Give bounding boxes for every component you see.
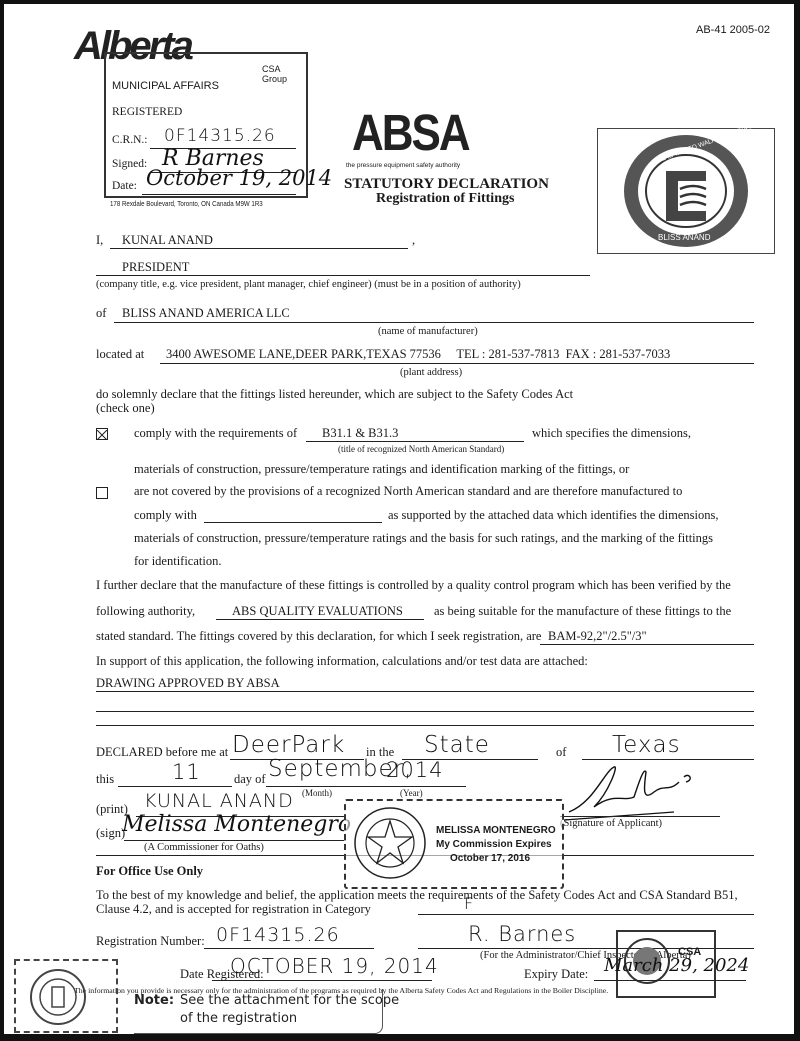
option2-line3: materials of construction, pressure/temp… [134, 531, 713, 546]
document-page: AB-41 2005-02 Alberta MUNICIPAL AFFAIRS … [4, 4, 794, 1034]
note-line1: See the attachment for the scope [180, 993, 399, 1008]
stamp-signed-label: Signed: [112, 158, 147, 170]
title-caption: (company title, e.g. vice president, pla… [96, 279, 521, 290]
note-label: Note: [134, 993, 174, 1008]
oath-year: 2014 [386, 758, 443, 782]
stamp-department: MUNICIPAL AFFAIRS [112, 80, 219, 92]
declared-place: DeerPark [232, 732, 345, 758]
located-label: located at [96, 347, 144, 362]
year-caption: (Year) [400, 788, 423, 798]
stamp-date-value: October 19, 2014 [146, 166, 332, 190]
check-x-icon [97, 430, 107, 440]
office-statement1: To the best of my knowledge and belief, … [96, 888, 738, 903]
qc-line3: stated standard. The fittings covered by… [96, 629, 541, 644]
notary-name: MELISSA MONTENEGRO [436, 825, 556, 836]
notary-expires: October 17, 2016 [450, 853, 530, 864]
qc-line2-before: following authority, [96, 604, 195, 619]
declarant-name: KUNAL ANAND [122, 233, 213, 248]
reg-number-value: 0F14315.26 [216, 924, 340, 946]
qc-line1: I further declare that the manufacture o… [96, 578, 731, 593]
stamp-crn-label: C.R.N.: [112, 134, 147, 146]
declaration-intro: do solemnly declare that the fittings li… [96, 387, 573, 402]
address-caption: (plant address) [400, 367, 462, 378]
option2-line4: for identification. [134, 554, 221, 569]
expiry-value: March 29, 2024 [604, 955, 749, 976]
form-id: AB-41 2005-02 [696, 24, 770, 36]
support-line: In support of this application, the foll… [96, 654, 588, 669]
applicant-signature-icon [564, 762, 704, 822]
this-label: this [96, 772, 114, 787]
plant-address: 3400 AWESOME LANE,DEER PARK,TEXAS 77536 … [166, 347, 670, 362]
month-caption: (Month) [302, 788, 332, 798]
option1-line2: materials of construction, pressure/temp… [134, 462, 629, 477]
option1-text-after: which specifies the dimensions, [532, 426, 691, 441]
form-subtitle: Registration of Fittings [376, 191, 514, 207]
absa-tagline: the pressure equipment safety authority [346, 162, 460, 169]
stamp-crn-value: 0F14315.26 [164, 126, 276, 146]
notary-seal: MELISSA MONTENEGRO My Commission Expires… [344, 799, 564, 889]
option1-text: comply with the requirements of [134, 426, 297, 441]
of-label: of [96, 306, 106, 321]
administrator-signature: R. Barnes [468, 922, 576, 946]
option2-line2: as supported by the attached data which … [388, 508, 718, 523]
stamp-registered: REGISTERED [112, 106, 182, 118]
alberta-seal-stamp [14, 959, 118, 1033]
check-one: (check one) [96, 401, 155, 416]
stamp-group: CSA Group [262, 64, 292, 84]
qc-authority: ABS QUALITY EVALUATIONS [232, 604, 403, 619]
company-logo: THE SPIRIT TO WALK AN EXTRA MILE BLISS A… [597, 128, 775, 254]
region-type: State [424, 732, 490, 758]
option2-comply-with: comply with [134, 508, 197, 523]
fittings-value: BAM-92,2"/2.5"/3" [548, 629, 647, 644]
registration-stamp: MUNICIPAL AFFAIRS CSA Group REGISTERED C… [104, 52, 308, 198]
option1-checkbox[interactable] [96, 428, 108, 440]
attachments-value: DRAWING APPROVED BY ABSA [96, 676, 280, 691]
stamp-address: 178 Rexdale Boulevard, Toronto, ON Canad… [110, 199, 263, 208]
manufacturer-name: BLISS ANAND AMERICA LLC [122, 306, 290, 321]
office-heading: For Office Use Only [96, 864, 203, 879]
logo-name: BLISS ANAND [658, 233, 710, 242]
i-label: I, [96, 233, 103, 248]
note-box: Note: See the attachment for the scope o… [134, 989, 383, 1034]
option2-checkbox[interactable] [96, 487, 108, 499]
applicant-caption: (Signature of Applicant) [560, 818, 662, 829]
of-label-2: of [556, 745, 566, 760]
region-name: Texas [612, 732, 681, 758]
notary-star-icon [352, 805, 428, 881]
date-registered-value: OCTOBER 19, 2014 [230, 954, 439, 978]
option2-line1: are not covered by the provisions of a r… [134, 484, 682, 499]
declarant-title: PRESIDENT [122, 260, 189, 275]
stamp-date-label: Date: [112, 180, 137, 192]
absa-logo: ABSA [352, 105, 469, 163]
expiry-label: Expiry Date: [524, 967, 588, 982]
sign-label: (sign) [96, 826, 125, 841]
oath-day: 11 [172, 760, 201, 784]
commissioner-caption: (A Commissioner for Oaths) [144, 842, 264, 853]
print-value: KUNAL ANAND [144, 790, 294, 812]
note-line2: of the registration [180, 1011, 297, 1026]
reg-number-label: Registration Number: [96, 934, 205, 949]
office-statement2: Clause 4.2, and is accepted for registra… [96, 902, 371, 917]
standard-caption: (title of recognized North American Stan… [338, 444, 504, 454]
day-of-label: day of [234, 772, 266, 787]
commissioner-signature: Melissa Montenegro [122, 812, 351, 837]
standard-value: B31.1 & B31.3 [322, 426, 398, 441]
declared-label: DECLARED before me at [96, 745, 228, 760]
category-value: F [464, 894, 474, 913]
qc-line2-after: as being suitable for the manufacture of… [434, 604, 731, 619]
alberta-seal-icon [28, 967, 88, 1027]
manufacturer-caption: (name of manufacturer) [378, 326, 478, 337]
notary-line2: My Commission Expires [436, 839, 552, 850]
